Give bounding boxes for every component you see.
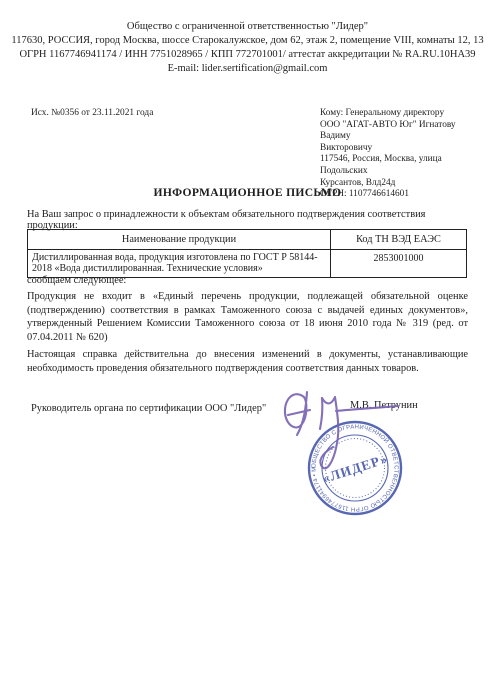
outgoing-reference: Исх. №0356 от 23.11.2021 года — [31, 108, 153, 118]
org-name: Общество с ограниченной ответственностью… — [0, 20, 495, 34]
product-table: Наименование продукции Код ТН ВЭД ЕАЭС Д… — [27, 229, 467, 278]
column-header-product-name: Наименование продукции — [28, 230, 331, 250]
column-header-tnved-code: Код ТН ВЭД ЕАЭС — [331, 230, 467, 250]
table-row: Дистиллированная вода, продукция изготов… — [28, 250, 467, 278]
signatory-role: Руководитель органа по сертификации ООО … — [31, 403, 266, 414]
document-page: Общество с ограниченной ответственностью… — [0, 0, 495, 700]
document-title: ИНФОРМАЦИОННОЕ ПИСЬМО — [0, 186, 495, 199]
org-registration: ОГРН 1167746941174 / ИНН 7751028965 / КП… — [0, 48, 495, 62]
org-email: E-mail: lider.sertification@gmail.com — [0, 62, 495, 76]
org-address: 117630, РОССИЯ, город Москва, шоссе Стар… — [0, 34, 495, 48]
recipient-line: Викторовичу — [320, 143, 475, 155]
tnved-code-cell: 2853001000 — [331, 250, 467, 278]
product-name-cell: Дистиллированная вода, продукция изготов… — [28, 250, 331, 278]
letterhead: Общество с ограниченной ответственностью… — [0, 20, 495, 76]
body-paragraph-2: Настоящая справка действительна до внесе… — [27, 348, 468, 375]
recipient-line: ООО "АГАТ-АВТО Юг" Игнатову Вадиму — [320, 120, 475, 143]
recipient-line: 117546, Россия, Москва, улица Подольских — [320, 154, 475, 177]
intro-paragraph: На Ваш запрос о принадлежности к объекта… — [27, 209, 468, 231]
table-header-row: Наименование продукции Код ТН ВЭД ЕАЭС — [28, 230, 467, 250]
body-paragraph-1: Продукция не входит в «Единый перечень п… — [27, 290, 468, 344]
handwritten-signature — [276, 385, 406, 477]
after-table-text: сообщаем следующее: — [27, 275, 126, 286]
recipient-line: Кому: Генеральному директору — [320, 108, 475, 120]
product-table-wrapper: Наименование продукции Код ТН ВЭД ЕАЭС Д… — [27, 229, 466, 278]
